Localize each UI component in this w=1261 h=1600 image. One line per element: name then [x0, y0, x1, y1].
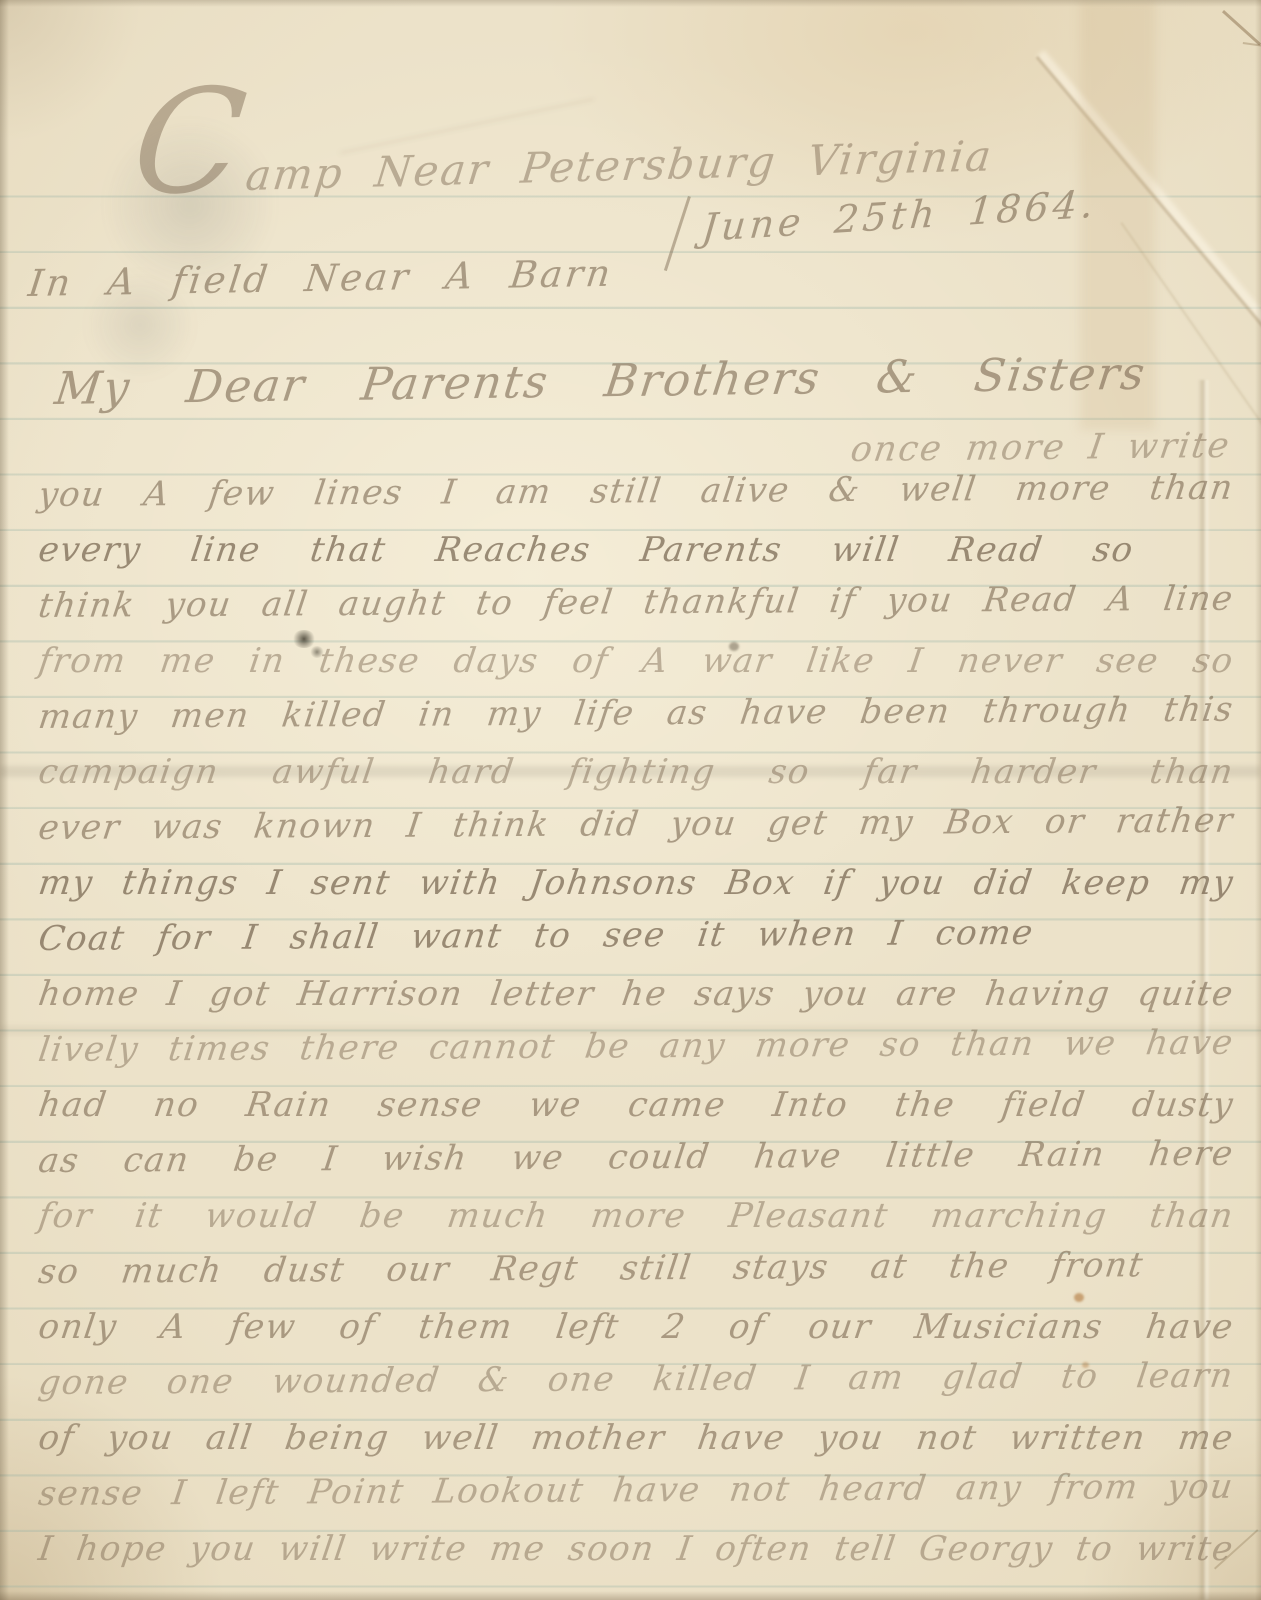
- letter-line: gone one wounded & one killed I am glad …: [36, 1356, 1236, 1403]
- letter-location-line: In A field Near A Barn: [26, 252, 616, 305]
- scan-edge-top: [0, 0, 1261, 7]
- letter-salutation: My Dear Parents Brothers & Sisters: [52, 347, 1150, 415]
- scan-edge-right: [1255, 0, 1261, 1600]
- letter-opening-phrase: once more I write: [848, 426, 1233, 470]
- letter-line: campaign awful hard fighting so far hard…: [36, 752, 1237, 792]
- pen-stroke-before-date: [664, 196, 690, 271]
- letter-line: you A few lines I am still alive & well …: [36, 468, 1236, 515]
- corner-fold-line-2: [1243, 42, 1261, 48]
- letter-line: I hope you will write me soon I often te…: [36, 1529, 1237, 1569]
- letter-line: so much dust our Regt still stays at the…: [36, 1245, 1146, 1292]
- letter-line: for it would be much more Pleasant march…: [36, 1196, 1237, 1236]
- letter-line: of you all being well mother have you no…: [36, 1418, 1237, 1458]
- letter-line: as can be I wish we could have little Ra…: [36, 1134, 1236, 1181]
- letter-line: sense I left Point Lookout have not hear…: [36, 1467, 1236, 1514]
- letter-line: Coat for I shall want to see it when I c…: [36, 913, 1036, 959]
- letter-line: from me in these days of A war like I ne…: [36, 641, 1237, 681]
- letter-line: think you all aught to feel thankful if …: [36, 579, 1236, 626]
- letter-line: many men killed in my life as have been …: [36, 690, 1236, 737]
- letter-line: my things I sent with Johnsons Box if yo…: [36, 863, 1237, 903]
- letter-line: only A few of them left 2 of our Musicia…: [36, 1307, 1237, 1347]
- rust-fleck: [1074, 1293, 1084, 1302]
- letter-page: Camp Near Petersburg Virginia June 25th …: [0, 0, 1261, 1600]
- letter-line: every line that Reaches Parents will Rea…: [36, 530, 1137, 570]
- corner-fold-line: [1222, 10, 1261, 45]
- scan-edge-bottom: [0, 1591, 1261, 1600]
- letter-line: ever was known I think did you get my Bo…: [36, 801, 1236, 848]
- letter-heading: Camp Near Petersburg Virginia: [128, 65, 1003, 203]
- letter-line: had no Rain sense we came Into the field…: [36, 1085, 1237, 1125]
- letter-line: home I got Harrison letter he says you a…: [36, 974, 1237, 1014]
- letter-line: lively times there cannot be any more so…: [36, 1023, 1236, 1070]
- scan-edge-left: [0, 0, 9, 1600]
- letter-date: June 25th 1864.: [700, 181, 1099, 250]
